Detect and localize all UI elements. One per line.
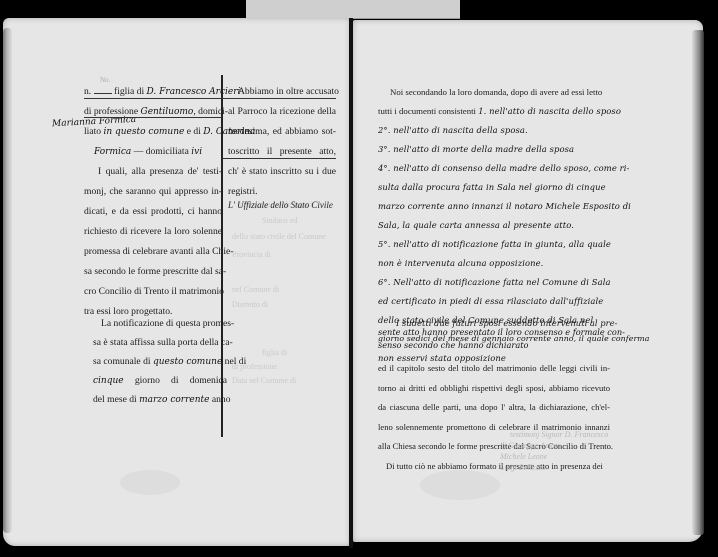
- bleed-through-text: figlia di: [262, 348, 287, 357]
- handwritten-item: marzo corrente anno innanzi il notaro Mi…: [378, 196, 600, 215]
- officer-signature-label: L' Uffiziale dello Stato Civile: [228, 200, 333, 210]
- mother-surname-handwritten: Formica: [94, 147, 131, 157]
- faint-witness-signatures: testimonj Signor D. Francesco di Giusepp…: [500, 430, 620, 474]
- day-handwritten: cinque: [93, 376, 124, 386]
- handwritten-item: non è intervenuta alcuna opposizione.: [378, 253, 600, 272]
- text-line: dicati, e da essi prodotti, ci hanno: [84, 202, 222, 222]
- handwritten-item: I sudetti due futuri sposi essendo inter…: [378, 313, 614, 327]
- handwritten-item: 6°. Nell'atto di notificazione fatta nel…: [378, 272, 600, 291]
- handwritten-item: sulta dalla procura fatta in Sala nel gi…: [378, 177, 600, 196]
- text-line: ch' è stato inscritto su i due: [228, 162, 336, 182]
- faint-signature: testimonj Signor D. Francesco: [500, 430, 620, 441]
- notification-paragraph: La notificazione di questa promes- sa è …: [93, 314, 227, 409]
- right-page-edge: [692, 30, 704, 535]
- text-line: richiesto di ricevere la loro solenne: [84, 222, 222, 242]
- blank-line: [94, 93, 112, 94]
- father-name-handwritten: D. Francesco Arcieri: [147, 87, 241, 97]
- paper-stain: [420, 470, 500, 500]
- faint-signature: di Giuseppe Amato: [500, 441, 620, 452]
- paper-stain: [120, 470, 180, 495]
- bleed-through-text: Data nel Comune di: [232, 376, 296, 385]
- middle-column: Abbiamo in oltre accusato al Parroco la …: [228, 82, 336, 182]
- scanner-top-strip: [246, 0, 460, 19]
- text-line: I quali, alla presenza de' testi-: [84, 162, 222, 182]
- handwritten-item: senso secondo che hanno dichiarato: [378, 340, 614, 350]
- text-line: liato in questo comune e di D. Caterina: [84, 122, 222, 142]
- left-page-edge: [3, 28, 12, 533]
- bleed-through-text: Distretto di: [232, 300, 268, 309]
- bleed-through-text: Provincia di: [232, 250, 271, 259]
- text-line: La notificazione di questa promes-: [93, 314, 227, 333]
- underline-rule: [84, 117, 222, 118]
- faint-signature: Luigi Bellezza: [500, 463, 620, 474]
- text-line: cinque giorno di domenica: [93, 371, 227, 390]
- text-line: al Parroco la ricezione della: [228, 102, 336, 122]
- bleed-through-text: Sindaco ed: [262, 216, 297, 225]
- handwritten-item: sente atto hanno presentato il loro cons…: [378, 327, 614, 337]
- month-handwritten: marzo corrente: [139, 395, 209, 405]
- handwritten-item: 4°. nell'atto di consenso della madre de…: [378, 158, 600, 177]
- text-line: Formica — domiciliata ivi: [84, 142, 222, 162]
- text-line: da ciascuna delle parti, una dopo l' alt…: [378, 397, 610, 417]
- text-line: monj, che saranno qui appresso in-: [84, 182, 222, 202]
- text-line: di professione Gentiluomo, domici-: [84, 102, 222, 122]
- profession-handwritten: Gentiluomo: [141, 107, 194, 117]
- text-line: ed il capitolo sesto del titolo del matr…: [378, 358, 610, 378]
- text-line: Noi secondando la loro domanda, dopo di …: [378, 82, 600, 101]
- handwritten-item: 3°. nell'atto di morte della madre della…: [378, 139, 600, 158]
- text-line: del mese di marzo corrente anno: [93, 390, 227, 409]
- handwritten-paragraph: I sudetti due futuri sposi essendo inter…: [378, 313, 614, 327]
- handwritten-item: 1. nell'atto di nascita dello sposo: [478, 106, 621, 116]
- text-line: Abbiamo in oltre accusato: [228, 82, 336, 102]
- text-line: sa è stata affissa sulla porta della ca-: [93, 333, 227, 352]
- text-line: n. figlia di D. Francesco Arcieri: [84, 82, 222, 102]
- bleed-through-text: nel Comune di: [232, 285, 279, 294]
- text-line: tutti i documenti consistenti 1. nell'at…: [378, 101, 600, 120]
- text-line: registri.: [228, 182, 258, 202]
- handwritten-item: 2°. nell'atto di nascita della sposa.: [378, 120, 600, 139]
- text-line: medesima, ed abbiamo sot-: [228, 122, 336, 142]
- bleed-through-text: dello stato civile del Comune: [232, 232, 326, 241]
- handwritten-item: ed certificato in piedi di essa rilascia…: [378, 291, 600, 310]
- text-line: sa secondo le forme prescritte dal sa-: [84, 262, 222, 282]
- text-line: torno ai dritti ed obblighi rispettivi d…: [378, 378, 610, 398]
- entry-paragraph: n. figlia di D. Francesco Arcieri di pro…: [84, 82, 222, 322]
- text-line: sa comunale di questo comune nel di: [93, 352, 227, 371]
- faint-signature: Michele Leone: [500, 452, 620, 463]
- handwritten-item: Sala, la quale carta annessa al presente…: [378, 215, 600, 234]
- text-line: cro Concilio di Trento il matrimonio: [84, 282, 222, 302]
- residence-handwritten: in questo comune: [103, 127, 184, 137]
- text-line: promessa di celebrare avanti alla Chie-: [84, 242, 222, 262]
- place-handwritten: questo comune: [153, 357, 222, 367]
- text-line: toscritto il presente atto,: [228, 142, 336, 162]
- book-gutter: [349, 18, 353, 548]
- handwritten-item: 5°. nell'atto di notificazione fatta in …: [378, 234, 600, 253]
